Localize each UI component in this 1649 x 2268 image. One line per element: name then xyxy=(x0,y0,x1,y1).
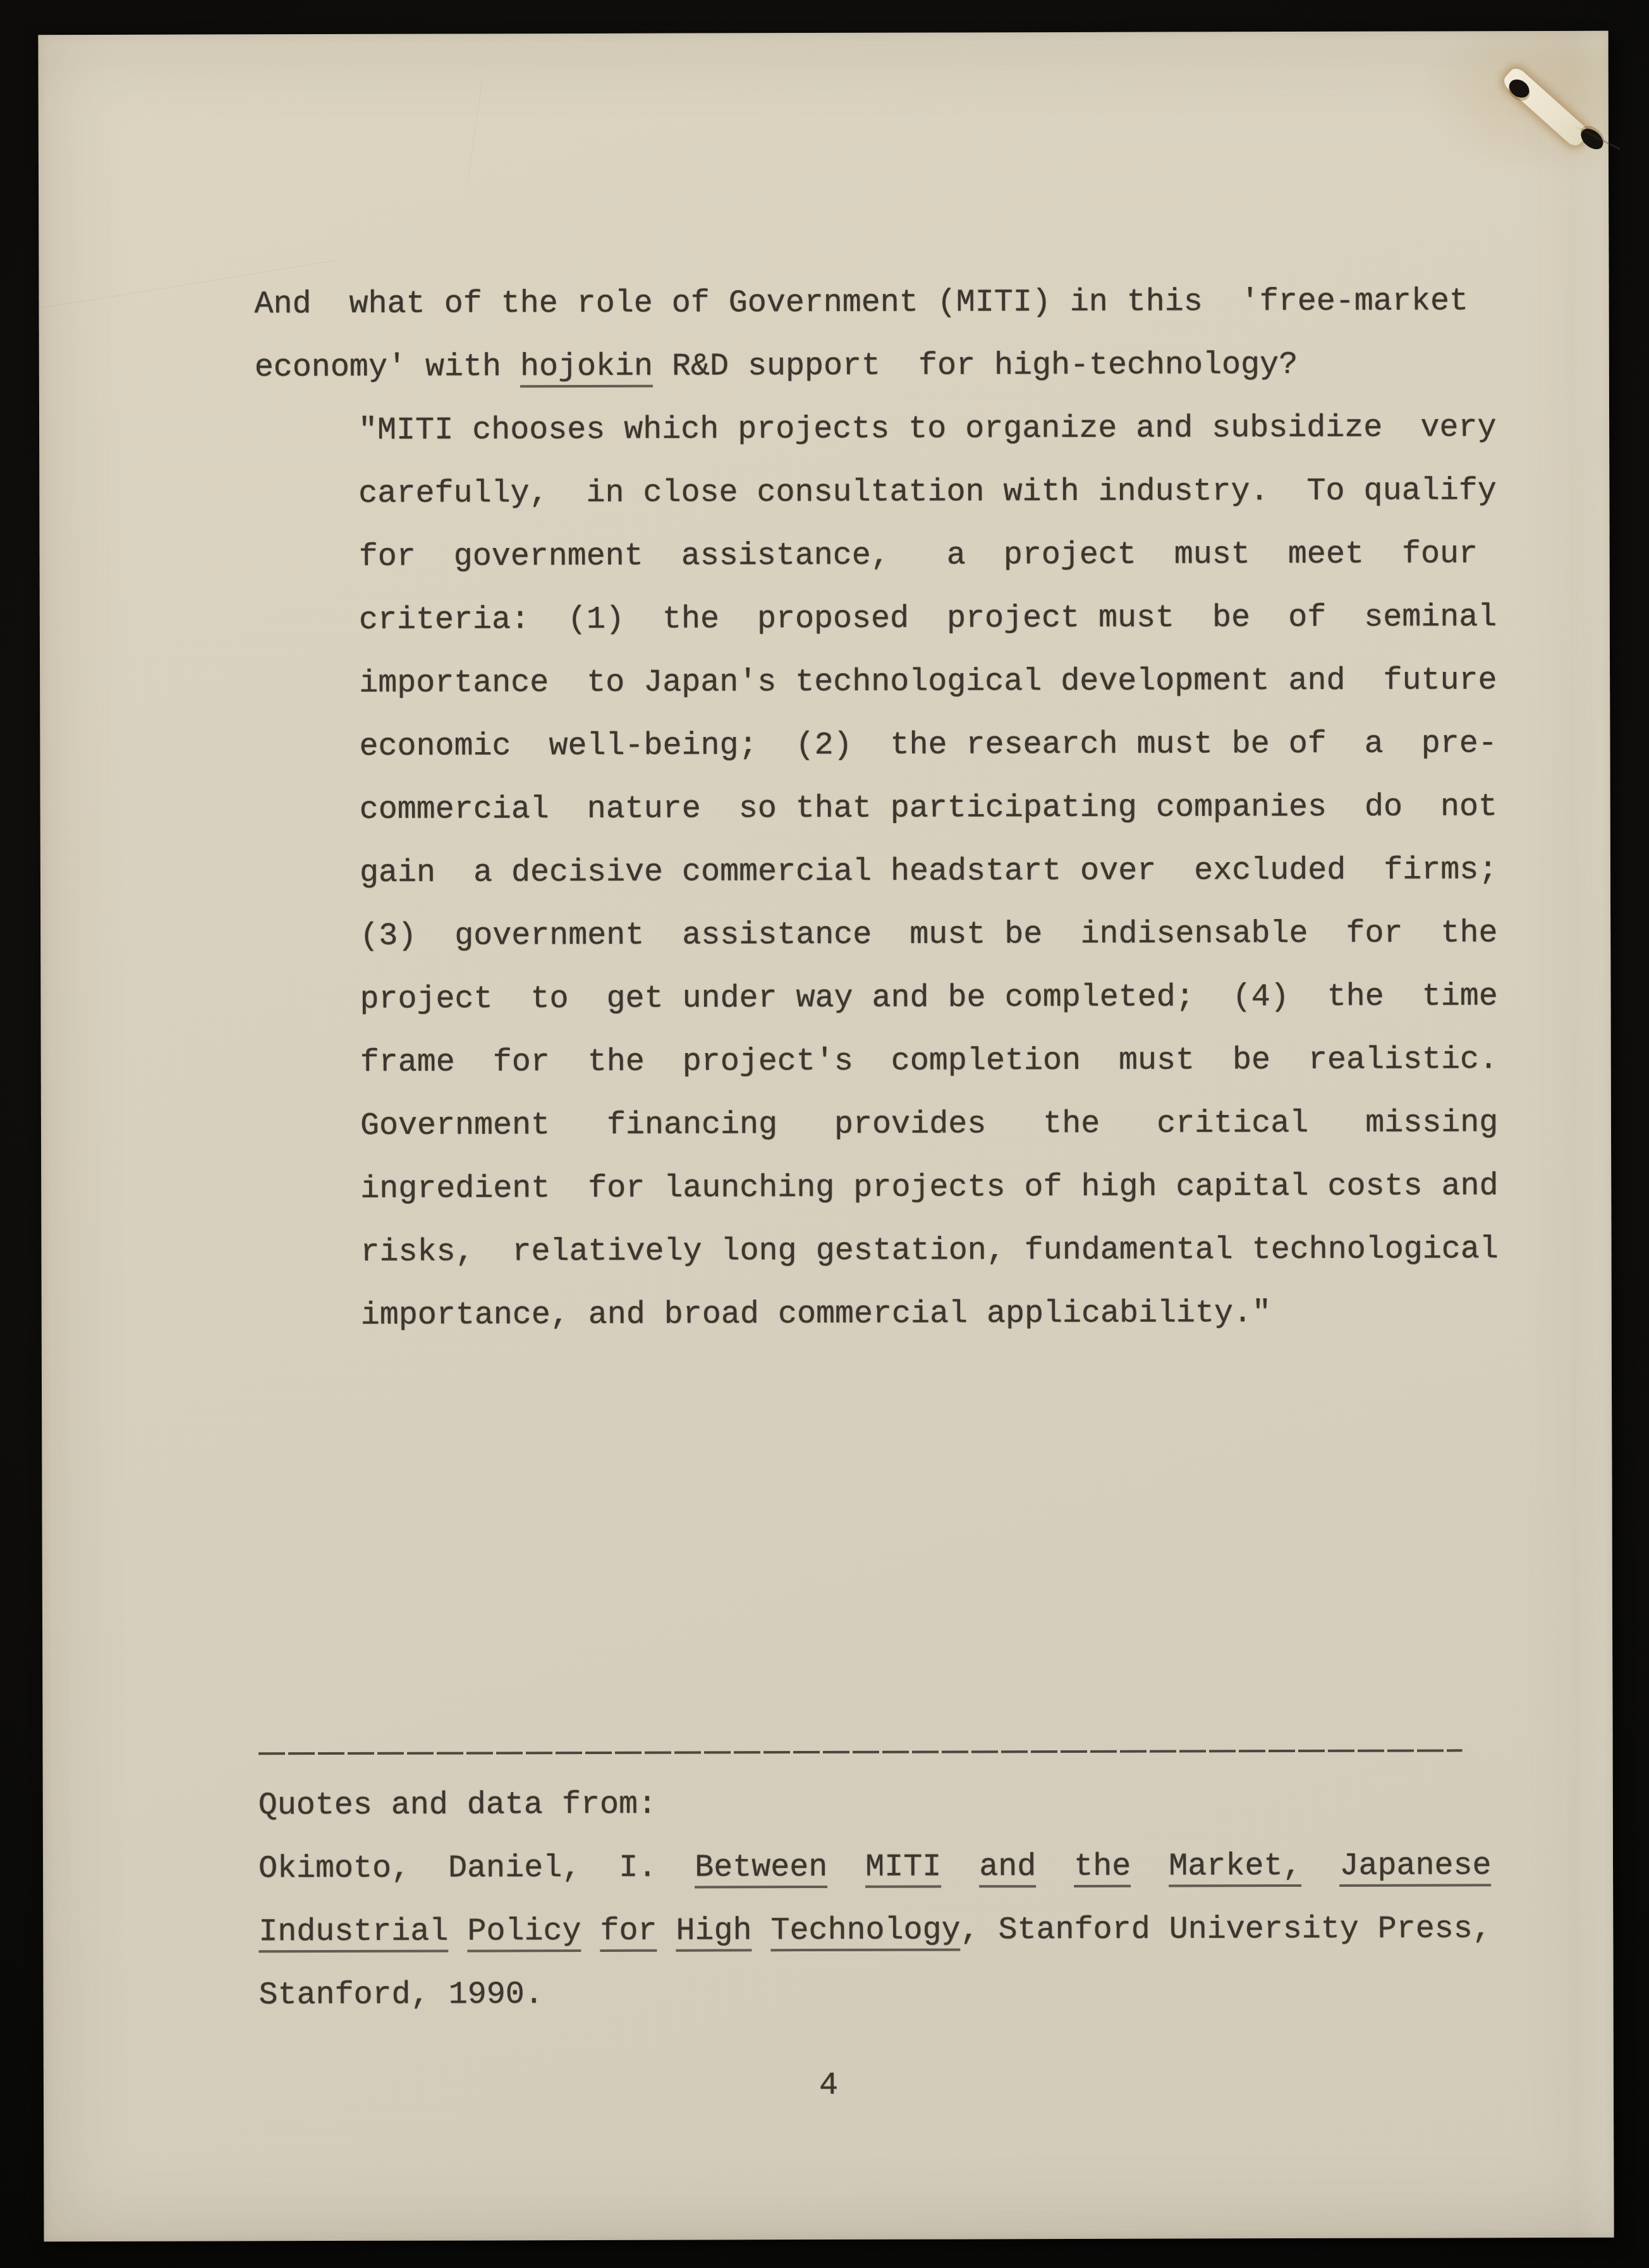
text-segment: Stanford, 1990. xyxy=(259,1977,543,2013)
paragraph-line: And what of the role of Government (MITI… xyxy=(254,270,1496,336)
quote-line: carefully, in close consultation with in… xyxy=(255,460,1497,526)
page-number: 4 xyxy=(44,2052,1614,2120)
torn-paper-strip xyxy=(1501,65,1591,149)
underlined-text: High xyxy=(676,1913,751,1951)
text-segment xyxy=(1131,1849,1169,1885)
underlined-text: for xyxy=(600,1913,657,1952)
quote-line: commercial nature so that participating … xyxy=(256,776,1498,842)
text-segment xyxy=(1301,1848,1339,1884)
text-segment xyxy=(1036,1849,1074,1885)
quote-line: criteria: (1) the proposed project must … xyxy=(255,586,1497,652)
text-segment xyxy=(657,1913,676,1949)
quote-line: for government assistance, a project mus… xyxy=(255,523,1497,589)
text-segment xyxy=(941,1849,979,1885)
paper-crease xyxy=(467,78,483,185)
underlined-text: Industrial xyxy=(259,1914,448,1953)
footnote-separator xyxy=(259,1749,1463,1755)
quote-line: economic well-being; (2) the research mu… xyxy=(255,712,1497,779)
scan-background: And what of the role of Government (MITI… xyxy=(0,0,1649,2268)
underlined-text: Policy xyxy=(467,1913,581,1952)
text-segment: Okimoto, Daniel, I. xyxy=(259,1850,695,1887)
quote-line: gain a decisive commercial headstart ove… xyxy=(256,839,1498,905)
body-text: And what of the role of Government (MITI… xyxy=(254,270,1499,1348)
staple-tear-mark xyxy=(1504,39,1637,159)
text-segment xyxy=(581,1913,600,1949)
paragraph-line: economy' with hojokin R&D support for hi… xyxy=(255,333,1497,399)
quote-line: "MITI chooses which projects to organize… xyxy=(255,396,1497,463)
quote-line: (3) government assistance must be indise… xyxy=(256,902,1498,968)
document-page: And what of the role of Government (MITI… xyxy=(38,31,1614,2241)
quote-line: ingredient for launching projects of hig… xyxy=(257,1155,1499,1221)
quote-line: project to get under way and be complete… xyxy=(256,965,1498,1032)
citation-line: Industrial Policy for High Technology, S… xyxy=(259,1898,1492,1964)
text-segment xyxy=(827,1850,865,1886)
citation-line: Okimoto, Daniel, I. Between MITI and the… xyxy=(259,1834,1492,1901)
underlined-text: Market, xyxy=(1169,1848,1301,1887)
text-segment xyxy=(448,1913,467,1949)
quote-line: risks, relatively long gestation, fundam… xyxy=(257,1218,1499,1284)
quote-line: importance to Japan's technological deve… xyxy=(255,649,1497,716)
underlined-text: and xyxy=(979,1849,1036,1887)
footer: Quotes and data from: Okimoto, Daniel, I… xyxy=(259,1771,1492,2027)
underlined-text: the xyxy=(1074,1849,1131,1887)
quote-line: importance, and broad commercial applica… xyxy=(257,1281,1499,1348)
text-segment: , Stanford University Press, xyxy=(960,1911,1491,1948)
text-segment: And what of the role of Government (MITI… xyxy=(254,283,1468,322)
text-segment: economy' with xyxy=(255,349,520,386)
citation-line: Stanford, 1990. xyxy=(259,1961,1492,2027)
underlined-text: Between xyxy=(695,1850,827,1889)
underlined-text: hojokin xyxy=(520,349,653,388)
footer-intro-line: Quotes and data from: xyxy=(259,1771,1492,1838)
underlined-text: MITI xyxy=(865,1850,941,1888)
underlined-text: Japanese xyxy=(1339,1848,1491,1887)
underlined-text: Technology xyxy=(770,1912,960,1951)
text-segment xyxy=(751,1913,770,1949)
quote-line: Government financing provides the critic… xyxy=(257,1092,1499,1158)
quote-line: frame for the project's completion must … xyxy=(257,1028,1499,1095)
text-segment: R&D support for high-technology? xyxy=(653,347,1298,385)
